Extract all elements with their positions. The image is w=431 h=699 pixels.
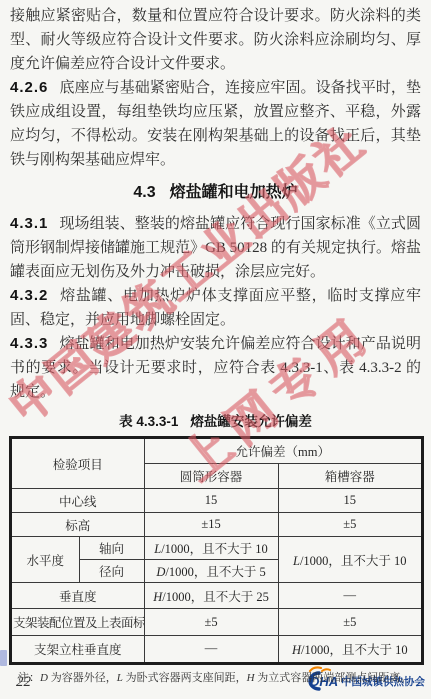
header-cylindrical: 圆筒形容器 xyxy=(144,464,278,489)
cell-cyl: ±15 xyxy=(144,513,278,537)
table-row-bracket-position: 支架装配位置及上表面标高 ±5 ±5 xyxy=(11,609,422,636)
table-caption-label: 表 4.3.3-1 xyxy=(119,414,178,429)
header-item: 检验项目 xyxy=(11,438,144,489)
note-text: 为容器外径， xyxy=(48,672,117,684)
cell-cyl: L/1000，且不大于 10 xyxy=(144,537,278,560)
cell-text: /1000，且不大于 25 xyxy=(162,590,269,604)
table-footnote: 注：D 为容器外径，L 为卧式容器两支座间距，H 为立式容器两端部测点间距离。 xyxy=(18,671,421,686)
clause-4-3-1: 4.3.1现场组装、整装的熔盐罐应符合现行国家标准《立式圆筒形钢制焊接储罐施工规… xyxy=(10,212,421,284)
sub-label-axial: 轴向 xyxy=(79,537,144,560)
sub-label-radial: 径向 xyxy=(79,560,144,583)
cell-box: H/1000，且不大于 10 xyxy=(278,636,422,663)
scan-artifact xyxy=(0,650,7,666)
row-label: 水平度 xyxy=(11,537,79,583)
cell-cyl: D/1000，且不大于 5 xyxy=(144,560,278,583)
cell-box: ±5 xyxy=(278,609,422,636)
cell-text: /1000，且不大于 10 xyxy=(161,542,268,556)
row-label: 中心线 xyxy=(11,489,144,513)
cell-text: /1000，且不大于 5 xyxy=(165,565,265,579)
cell-box-merged: L/1000，且不大于 10 xyxy=(278,537,422,583)
cell-text: /1000，且不大于 10 xyxy=(300,554,407,568)
note-text: 为卧式容器两支座间距， xyxy=(123,672,247,684)
clause-4-2-6: 4.2.6底座应与基础紧密贴合，连接应牢固。设备找平时，垫铁应成组设置，每组垫铁… xyxy=(10,76,421,172)
clause-text: 熔盐罐和电加热炉安装允许偏差应符合设计和产品说明书的要求。当设计无要求时，应符合… xyxy=(10,336,421,400)
clause-text: 现场组装、整装的熔盐罐应符合现行国家标准《立式圆筒形钢制焊接储罐施工规范》GB … xyxy=(10,216,421,280)
table-row-elevation: 标高 ±15 ±5 xyxy=(11,513,422,537)
variable: L xyxy=(293,554,300,568)
variable: H xyxy=(153,590,162,604)
section-title: 熔盐罐和电加热炉 xyxy=(170,184,298,201)
table-row-centerline: 中心线 15 15 xyxy=(11,489,422,513)
clause-4-3-3: 4.3.3熔盐罐和电加热炉安装允许偏差应符合设计和产品说明书的要求。当设计无要求… xyxy=(10,332,421,404)
clause-4-3-2: 4.3.2熔盐罐、电加热炉炉体支撑面应平整，临时支撑应牢固、稳定，并应用地脚螺栓… xyxy=(10,284,421,332)
paragraph-continuation: 接触应紧密贴合，数量和位置应符合设计要求。防火涂料的类型、耐火等级应符合设计文件… xyxy=(10,4,421,76)
cell-cyl: H/1000，且不大于 25 xyxy=(144,583,278,609)
variable: D xyxy=(40,672,48,684)
table-row-verticality: 垂直度 H/1000，且不大于 25 — xyxy=(11,583,422,609)
variable: H xyxy=(247,672,255,684)
cell-box: ±5 xyxy=(278,513,422,537)
table-row-levelness-axial: 水平度 轴向 L/1000，且不大于 10 L/1000，且不大于 10 xyxy=(11,537,422,560)
row-label: 支架装配位置及上表面标高 xyxy=(11,609,144,636)
cell-box: — xyxy=(278,583,422,609)
table-row-bracket-column: 支架立柱垂直度 — H/1000，且不大于 10 xyxy=(11,636,422,663)
clause-text: 熔盐罐、电加热炉炉体支撑面应平整，临时支撑应牢固、稳定，并应用地脚螺栓固定。 xyxy=(10,288,421,328)
clause-number: 4.3.2 xyxy=(10,287,48,304)
header-deviation: 允许偏差（mm） xyxy=(144,438,422,464)
variable: H xyxy=(292,643,301,657)
table-caption-title: 熔盐罐安装允许偏差 xyxy=(190,414,312,429)
tolerance-table: 检验项目 允许偏差（mm） 圆筒形容器 箱槽容器 中心线 15 15 标高 ±1… xyxy=(10,437,423,664)
cell-cyl: 15 xyxy=(144,489,278,513)
table-caption: 表 4.3.3-1熔盐罐安装允许偏差 xyxy=(10,413,421,431)
row-label: 支架立柱垂直度 xyxy=(11,636,144,663)
section-number: 4.3 xyxy=(133,184,155,201)
clause-number: 4.2.6 xyxy=(10,79,48,96)
clause-number: 4.3.3 xyxy=(10,335,48,352)
cell-cyl: — xyxy=(144,636,278,663)
cell-box: 15 xyxy=(278,489,422,513)
clause-number: 4.3.1 xyxy=(10,215,48,232)
cell-text: /1000，且不大于 10 xyxy=(301,643,408,657)
note-prefix: 注： xyxy=(18,672,40,684)
clause-text: 底座应与基础紧密贴合，连接应牢固。设备找平时，垫铁应成组设置，每组垫铁均应压紧，… xyxy=(10,80,421,168)
variable: D xyxy=(156,565,165,579)
header-box: 箱槽容器 xyxy=(278,464,422,489)
document-page: 中国建筑工业出版社 上网专用 接触应紧密贴合，数量和位置应符合设计要求。防火涂料… xyxy=(0,0,431,699)
cell-cyl: ±5 xyxy=(144,609,278,636)
section-heading: 4.3熔盐罐和电加热炉 xyxy=(10,180,421,206)
row-label: 垂直度 xyxy=(11,583,144,609)
row-label: 标高 xyxy=(11,513,144,537)
table-header-row-1: 检验项目 允许偏差（mm） xyxy=(11,438,422,464)
note-text: 为立式容器两端部测点间距离。 xyxy=(255,672,412,684)
